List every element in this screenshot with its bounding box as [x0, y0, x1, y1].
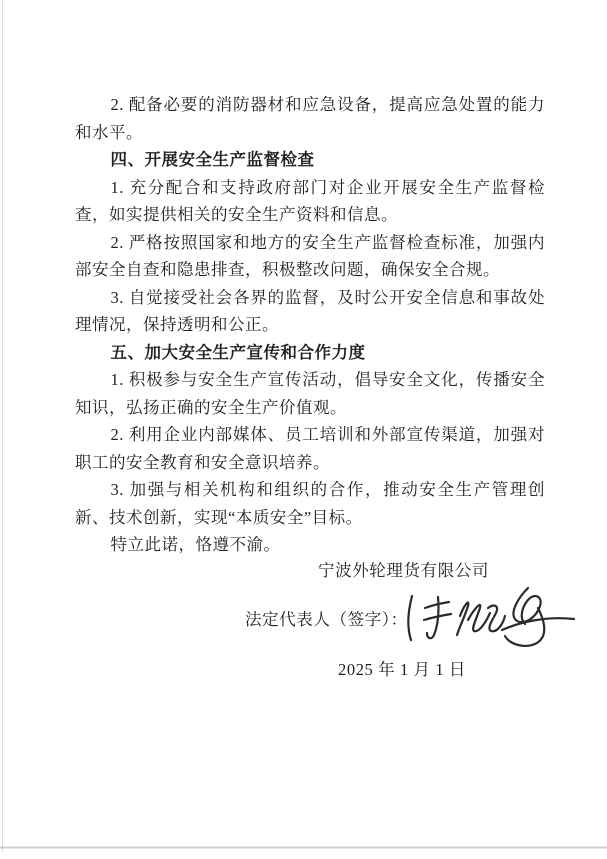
paragraph-cooperation-innovation: 3. 加强与相关机构和组织的合作，推动安全生产管理创新、技术创新，实现“本质安全… [75, 476, 545, 531]
paragraph-fire-equipment: 2. 配备必要的消防器材和应急设备，提高应急处置的能力和水平。 [75, 91, 545, 146]
handwritten-signature-icon [398, 578, 580, 662]
legal-representative-signature-label: 法定代表人（签字）： [245, 606, 408, 630]
scan-bottom-shadow-line [0, 846, 607, 849]
paragraph-publicity-activity: 1. 积极参与安全生产宣传活动，倡导安全文化，传播安全知识，弘扬正确的安全生产价… [75, 366, 545, 421]
section-heading-4-supervision: 四、开展安全生产监督检查 [75, 146, 545, 174]
paragraph-pledge-closing: 特立此诺，恪遵不渝。 [75, 531, 545, 559]
section-heading-5-publicity: 五、加大安全生产宣传和合作力度 [75, 339, 545, 367]
paragraph-public-supervision: 3. 自觉接受社会各界的监督，及时公开安全信息和事故处理情况，保持透明和公正。 [75, 284, 545, 339]
document-date: 2025 年 1 月 1 日 [338, 656, 466, 680]
scanned-document-page: 2. 配备必要的消防器材和应急设备，提高应急处置的能力和水平。 四、开展安全生产… [0, 0, 607, 859]
paragraph-cooperate-gov: 1. 充分配合和支持政府部门对企业开展安全生产监督检查，如实提供相关的安全生产资… [75, 174, 545, 229]
scan-left-edge-line [2, 0, 3, 852]
paragraph-standards-selfcheck: 2. 严格按照国家和地方的安全生产监督检查标准，加强内部安全自查和隐患排查，积极… [75, 229, 545, 284]
paragraph-internal-media: 2. 利用企业内部媒体、员工培训和外部宣传渠道，加强对职工的安全教育和安全意识培… [75, 421, 545, 476]
document-text-block: 2. 配备必要的消防器材和应急设备，提高应急处置的能力和水平。 四、开展安全生产… [75, 91, 545, 559]
